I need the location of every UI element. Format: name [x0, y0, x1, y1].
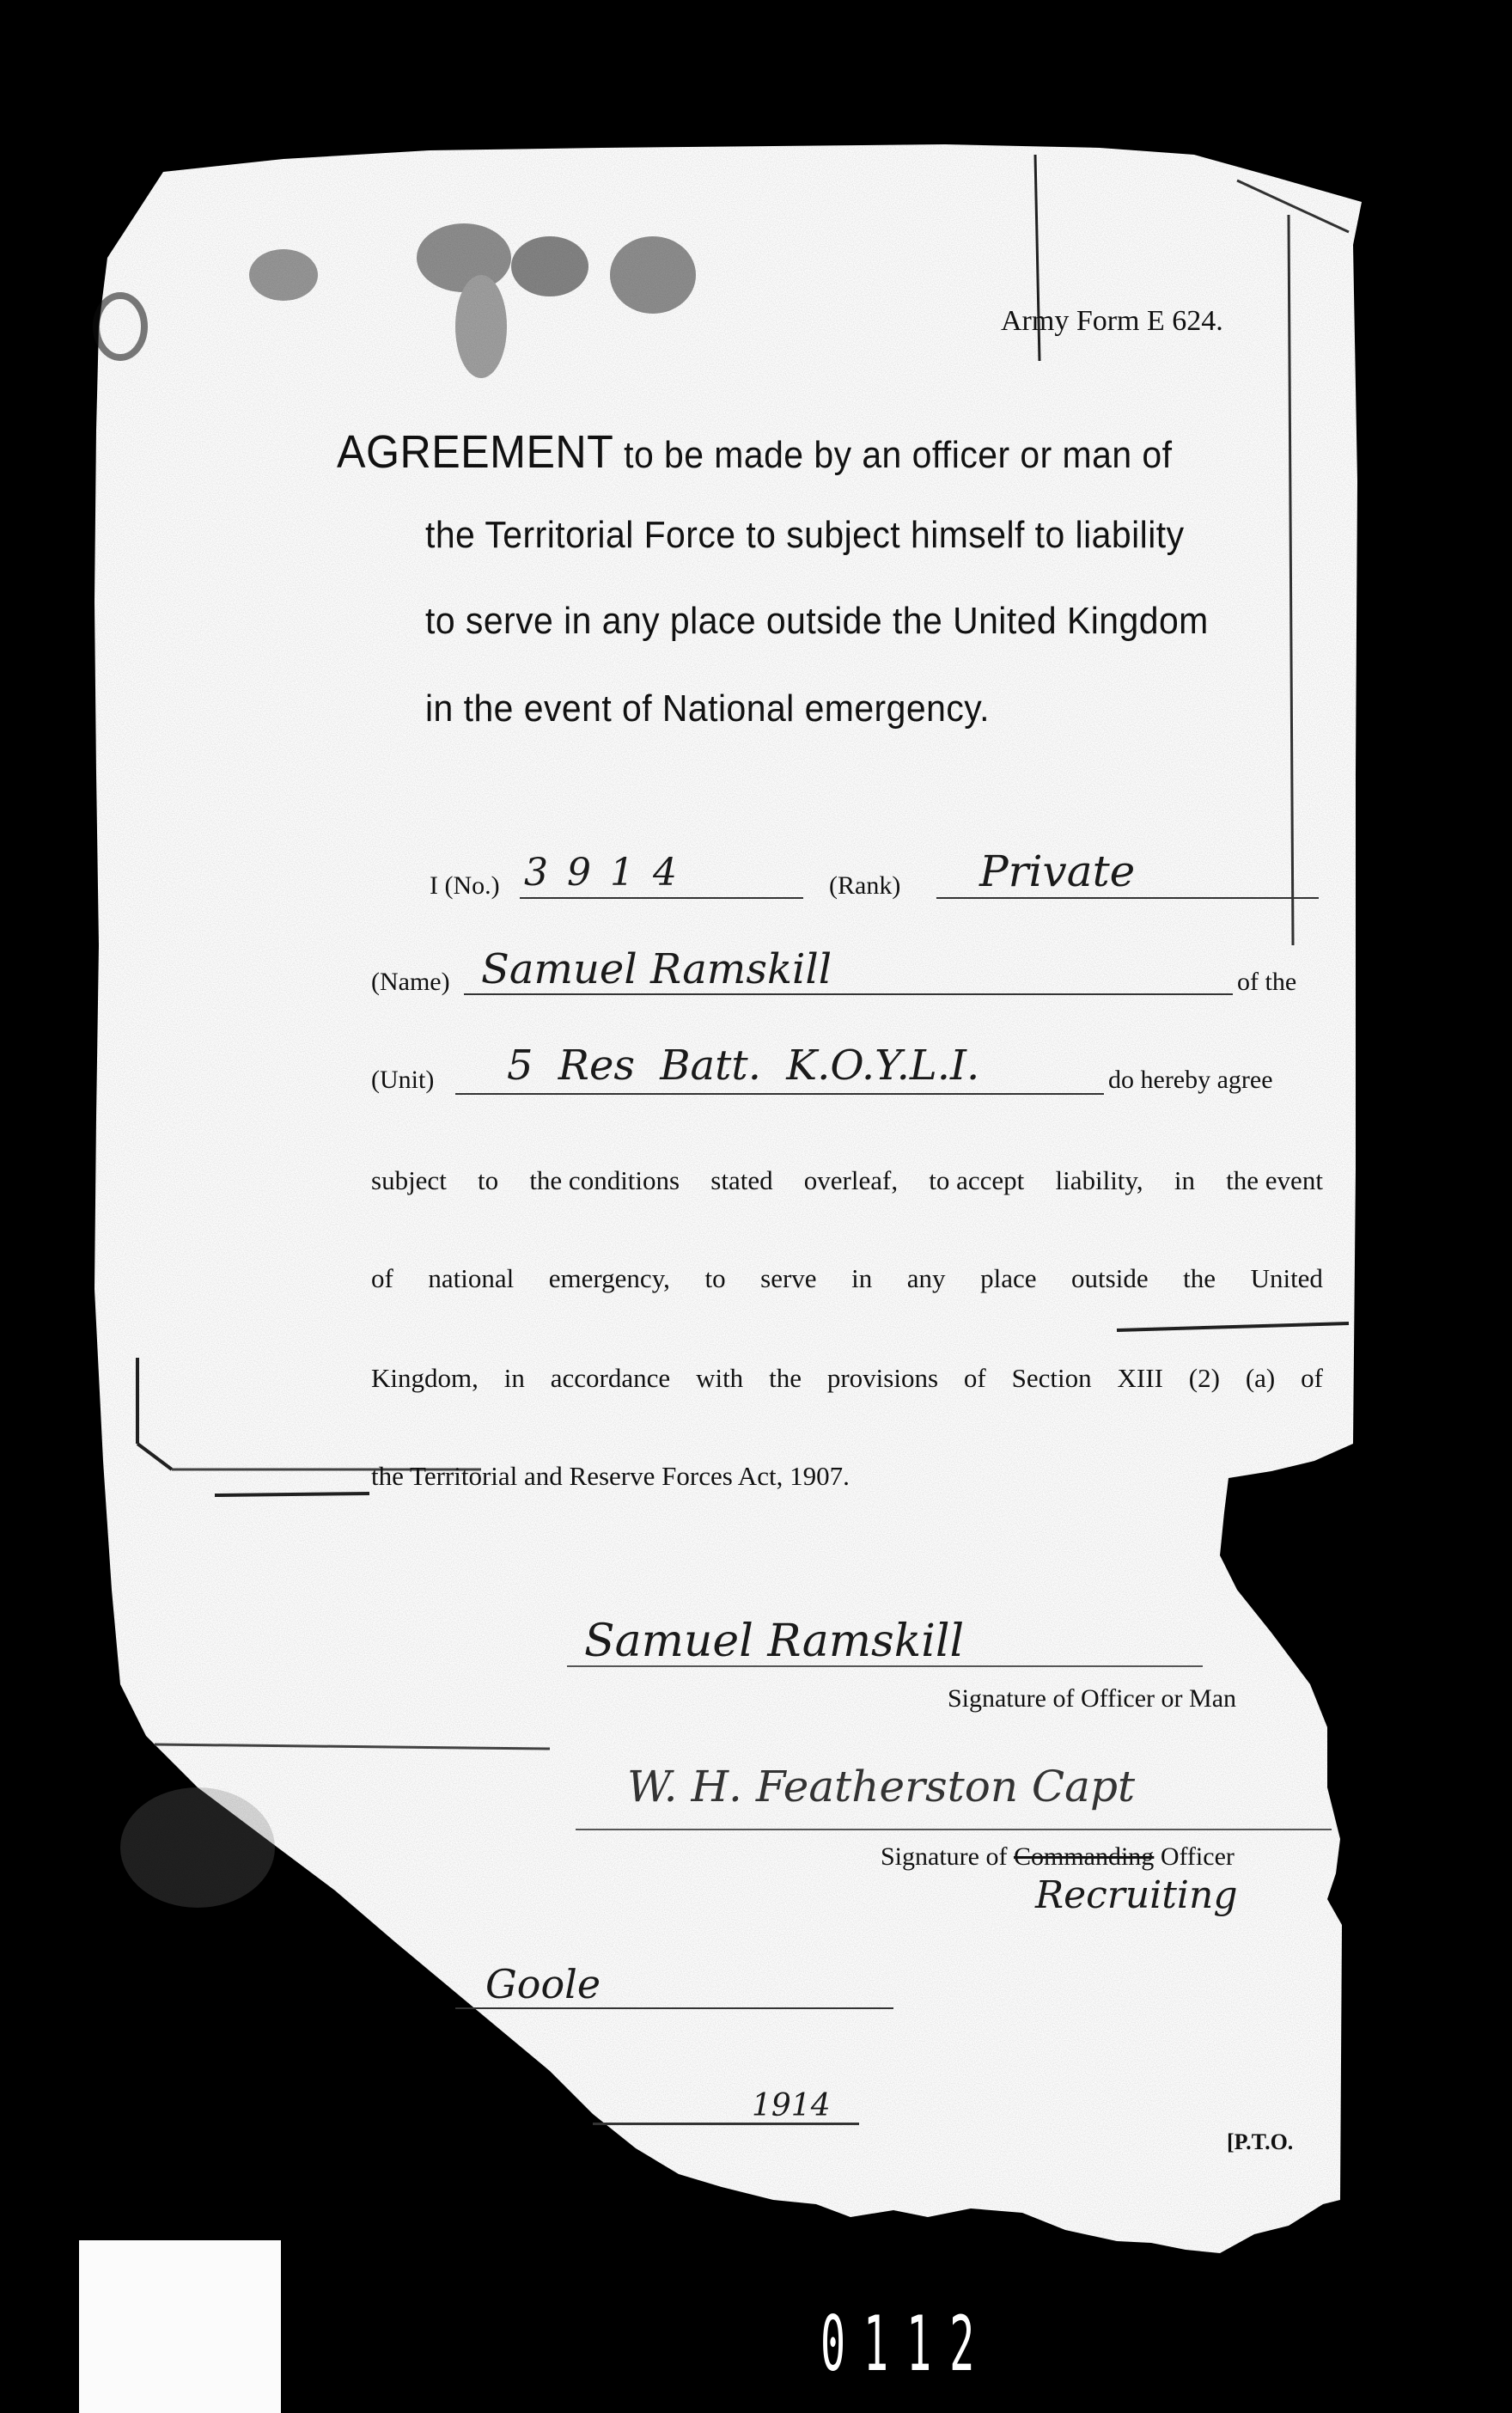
- heading-line-4: in the event of National emergency.: [425, 687, 990, 730]
- word: place: [980, 1263, 1036, 1294]
- word: the: [769, 1363, 802, 1394]
- number-label: I (No.): [430, 871, 500, 901]
- heading-line-3: to serve in any place outside the United…: [425, 600, 1209, 643]
- word: (a): [1246, 1363, 1275, 1394]
- word: of: [964, 1363, 986, 1394]
- unit-suffix: do hereby agree: [1108, 1066, 1273, 1095]
- word: outside: [1071, 1263, 1149, 1294]
- paper-sheet: [0, 0, 1512, 2413]
- unit-value: 5 Res Batt. K.O.Y.L.I.: [507, 1042, 979, 1090]
- date-line: [593, 2123, 859, 2125]
- frame-number: 0112: [820, 2300, 992, 2388]
- caption-struck-word: Commanding: [1014, 1842, 1154, 1871]
- caption-prefix: Signature of: [881, 1842, 1007, 1871]
- unit-field-line: [455, 1093, 1104, 1095]
- body-line-3: Kingdom, in accordance with the provisio…: [371, 1363, 1323, 1394]
- word: national: [428, 1263, 514, 1294]
- officer-annotation: Recruiting: [1035, 1873, 1238, 1917]
- word: liability,: [1055, 1165, 1143, 1196]
- word: in: [851, 1263, 872, 1294]
- word: of: [371, 1263, 393, 1294]
- word: United: [1251, 1263, 1323, 1294]
- word: accordance: [551, 1363, 670, 1394]
- officer-signature-line: [576, 1829, 1332, 1830]
- word: overleaf,: [804, 1165, 898, 1196]
- number-value: 3914: [524, 851, 696, 895]
- word: in: [1174, 1165, 1195, 1196]
- heading-line-1-rest: to be made by an officer or man of: [624, 434, 1172, 476]
- place-value: Goole: [485, 1961, 601, 2007]
- unit-label: (Unit): [371, 1066, 434, 1095]
- word: in: [504, 1363, 525, 1394]
- rank-value: Private: [979, 846, 1135, 896]
- word: to: [704, 1263, 725, 1294]
- scan-calibration-card: [79, 2240, 281, 2413]
- caption-suffix: Officer: [1161, 1842, 1235, 1871]
- officer-signature: W. H. Featherston Capt: [627, 1762, 1135, 1811]
- word: with: [696, 1363, 743, 1394]
- number-field-line: [520, 897, 803, 899]
- body-line-4: the Territorial and Reserve Forces Act, …: [371, 1461, 850, 1492]
- rank-field-line: [936, 897, 1319, 899]
- name-suffix: of the: [1237, 968, 1296, 997]
- please-turn-over-note: [P.T.O.: [1227, 2129, 1293, 2155]
- word: provisions: [827, 1363, 938, 1394]
- word: the event: [1226, 1165, 1323, 1196]
- word: the conditions: [529, 1165, 680, 1196]
- word: stated: [710, 1165, 772, 1196]
- name-field-line: [464, 993, 1233, 995]
- word: (2): [1189, 1363, 1220, 1394]
- rank-label: (Rank): [829, 871, 900, 901]
- word: Kingdom,: [371, 1363, 479, 1394]
- word: any: [907, 1263, 946, 1294]
- officer-signature-caption: Signature of Commanding Officer: [881, 1842, 1235, 1872]
- name-value: Samuel Ramskill: [481, 945, 832, 993]
- name-label: (Name): [371, 968, 450, 997]
- man-signature: Samuel Ramskill: [584, 1616, 964, 1667]
- form-number: Army Form E 624.: [1001, 305, 1223, 338]
- body-line-1: subject to the conditions stated overlea…: [371, 1165, 1323, 1196]
- man-signature-line: [567, 1665, 1203, 1667]
- word: subject: [371, 1165, 447, 1196]
- word: emergency,: [549, 1263, 670, 1294]
- heading-line-1: AGREEMENT to be made by an officer or ma…: [337, 425, 1172, 479]
- word: to accept: [929, 1165, 1024, 1196]
- word: to: [478, 1165, 498, 1196]
- word: of: [1301, 1363, 1323, 1394]
- place-line: [455, 2007, 893, 2009]
- word: Section: [1012, 1363, 1092, 1394]
- man-signature-caption: Signature of Officer or Man: [948, 1684, 1236, 1714]
- word: XIII: [1118, 1363, 1163, 1394]
- word: the: [1183, 1263, 1216, 1294]
- body-line-2: of national emergency, to serve in any p…: [371, 1263, 1323, 1294]
- date-year: 1914: [752, 2088, 831, 2123]
- heading-lead: AGREEMENT: [337, 426, 613, 478]
- heading-line-2: the Territorial Force to subject himself…: [425, 514, 1185, 557]
- word: serve: [760, 1263, 816, 1294]
